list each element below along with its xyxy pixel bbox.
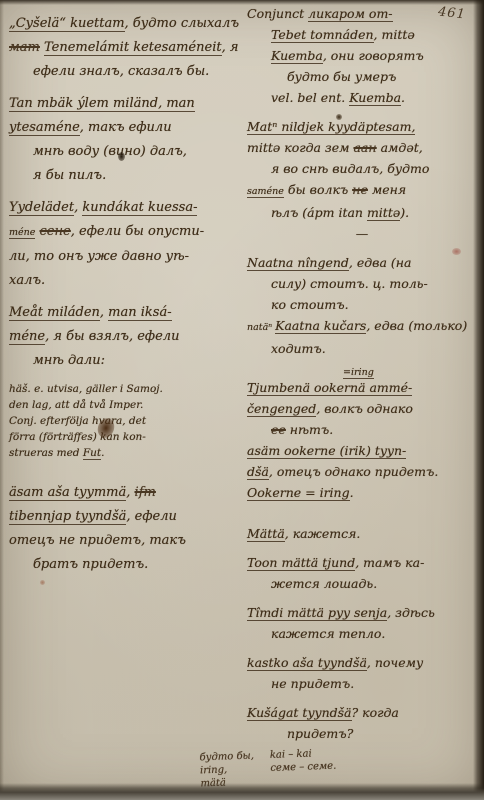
manuscript-line: жется лошадь. (271, 573, 477, 594)
manuscript-line: Conj. efterfölja hvara, det (9, 413, 244, 429)
manuscript-line: mittə когда зем аан амдət, (247, 137, 477, 158)
manuscript-line: tibennjap tyyndšä, ефели (9, 505, 244, 529)
manuscript-line: кажется тепло. (271, 623, 477, 644)
ink-stain (40, 580, 45, 585)
manuscript-line: мат Tenemelámit ketesaméneit, я (9, 36, 244, 60)
ink-stain (118, 152, 125, 161)
manuscript-line: saméne бы волкъ не меня (247, 179, 477, 202)
manuscript-line: Naatna nîngend, едва (на (247, 252, 477, 273)
manuscript-line: ѣлъ (ápm itan mittə). (271, 202, 477, 223)
manuscript-line: förra (förträffes) kan kon- (9, 429, 244, 445)
manuscript-line: ефели зналъ, сказалъ бы. (33, 60, 244, 84)
footnote-right-column: kai – kaiсеме – семе. (270, 747, 337, 788)
manuscript-line: „Cyšelä“ kuettam, будто слыхалъ (9, 12, 244, 36)
manuscript-line: Matⁿ nildjek kyydäptesam, (247, 116, 477, 137)
manuscript-line: Kuemba, они говорятъ (271, 45, 477, 66)
manuscript-line: Tîmdi mättä pyy senja, здѣсь (247, 602, 477, 623)
manuscript-line: отецъ не придетъ, такъ (9, 529, 244, 553)
manuscript-line: Kušágat tyyndšä? когда (247, 702, 477, 723)
manuscript-line: семе – семе. (270, 760, 336, 775)
ink-stain (452, 248, 461, 255)
manuscript-line: vel. bel ent. Kuemba. (271, 87, 477, 108)
manuscript-line: häš. e. utvisa, gäller i Samoj. (9, 381, 244, 397)
manuscript-line: халъ. (9, 269, 244, 293)
manuscript-line: äsam aša tyymmä, ifm (9, 481, 244, 505)
manuscript-line: ходитъ. (271, 338, 477, 359)
manuscript-line: Toon mättä tjund, тамъ ка- (247, 552, 477, 573)
manuscript-line: мнѣ дали: (33, 349, 244, 373)
manuscript-line: ytesaméne, такъ ефили (9, 116, 244, 140)
left-column: „Cyšelä“ kuettam, будто слыхалъмат Tenem… (9, 12, 244, 577)
manuscript-line: méne сене, ефели бы опусти- (9, 220, 244, 245)
manuscript-line: den lag, att då två Imper. (9, 397, 244, 413)
page-edge-shadow-left (0, 0, 4, 800)
manuscript-line: natäⁿ Kaatna kučars, едва (только) (247, 315, 477, 338)
manuscript-line: strueras med Fut. (9, 445, 244, 461)
manuscript-line: Ookerne = iring. (247, 482, 477, 503)
manuscript-line: Tebet tomnáden, mittə (271, 24, 477, 45)
manuscript-line: Conjunct ликаром от- (247, 3, 477, 24)
page-edge-shadow-top (0, 0, 484, 5)
manuscript-line: Tjumbenä ookernä ammé- (247, 377, 477, 398)
manuscript-line: будто бы умеръ (287, 66, 477, 87)
right-column: Conjunct ликаром от-Tebet tomnáden, mitt… (247, 3, 477, 744)
manuscript-line: будто бы, (199, 749, 254, 764)
manuscript-line: ко стоитъ. (271, 294, 477, 315)
manuscript-line: аsäm ookerne (irik) tyyn- (247, 440, 477, 461)
manuscript-line: я бы пилъ. (33, 164, 244, 188)
manuscript-line: kastko aša tyyndšä, почему (247, 652, 477, 673)
manuscript-line: méne, я бы взялъ, ефели (9, 325, 244, 349)
manuscript-line: придетъ? (287, 723, 477, 744)
manuscript-line: čengenged, волкъ однако (247, 398, 477, 419)
page-edge-shadow-right (473, 0, 484, 800)
manuscript-line: ее нѣтъ. (271, 419, 477, 440)
manuscript-line: братъ придетъ. (33, 553, 244, 577)
manuscript-line: Tan mbäk ýlem miländ, man (9, 92, 244, 116)
page-edge-shadow-bottom (0, 783, 484, 800)
ink-stain (336, 114, 342, 120)
manuscript-page: 461 „Cyšelä“ kuettam, будто слыхалъмат T… (0, 0, 484, 800)
manuscript-line: мнѣ воду (вино) далъ, (33, 140, 244, 164)
manuscript-line: силу) стоитъ. ц. толь- (271, 273, 477, 294)
manuscript-line: я во снѣ видалъ, будто (271, 158, 477, 179)
manuscript-line: Meåt miláden, man iksá- (9, 301, 244, 325)
manuscript-line: — (247, 223, 477, 244)
manuscript-line: dšä, отецъ однако придетъ. (247, 461, 477, 482)
manuscript-line: Yydelädet, kundákat kuessa- (9, 196, 244, 220)
manuscript-line: ли, то онъ уже давно уѣ- (9, 245, 244, 269)
manuscript-line: Mättä, кажется. (247, 523, 477, 544)
manuscript-line: не придетъ. (271, 673, 477, 694)
